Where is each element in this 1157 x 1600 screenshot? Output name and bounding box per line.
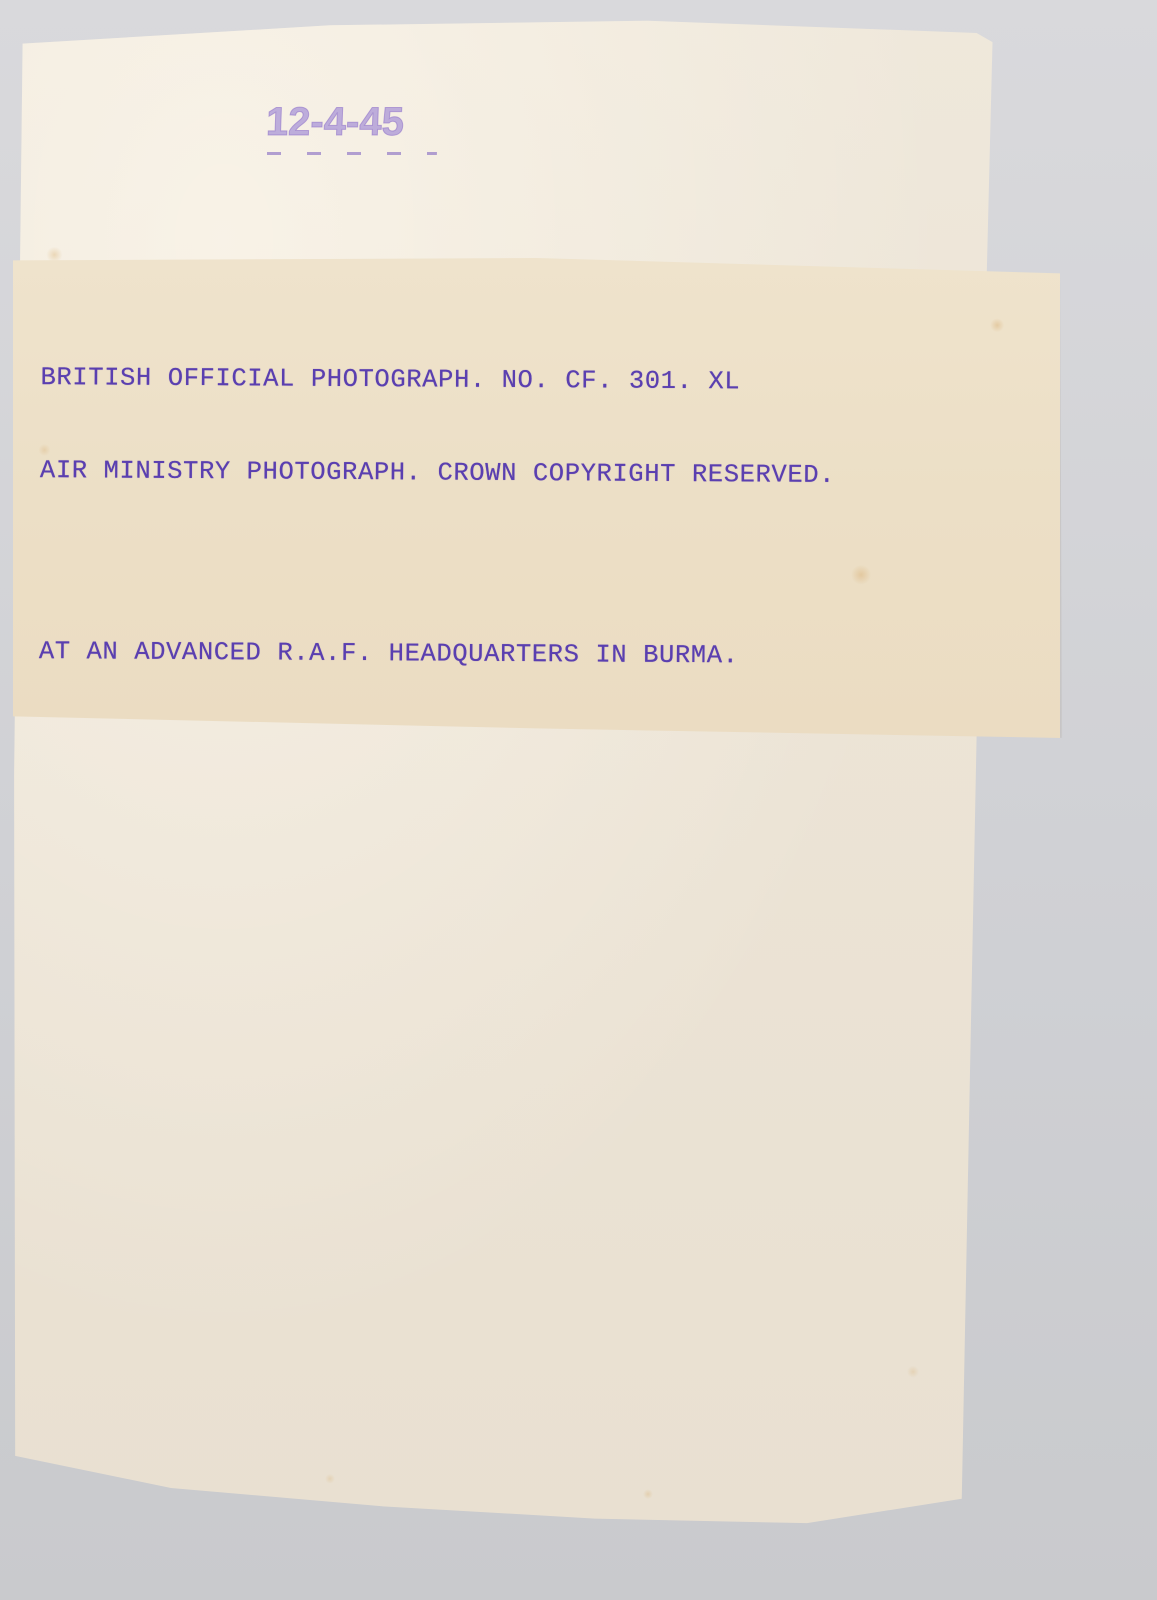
caption-header-line-1: BRITISH OFFICIAL PHOTOGRAPH. NO. CF. 301… [40, 362, 897, 398]
date-stamp: 12-4-45 [265, 100, 404, 145]
caption-title: AT AN ADVANCED R.A.F. HEADQUARTERS IN BU… [39, 636, 896, 672]
caption-header-line-2: AIR MINISTRY PHOTOGRAPH. CROWN COPYRIGHT… [40, 455, 897, 491]
caption-label: BRITISH OFFICIAL PHOTOGRAPH. NO. CF. 301… [13, 258, 1060, 738]
photograph-back-card [12, 10, 1072, 1540]
caption-spacer [25, 548, 896, 579]
